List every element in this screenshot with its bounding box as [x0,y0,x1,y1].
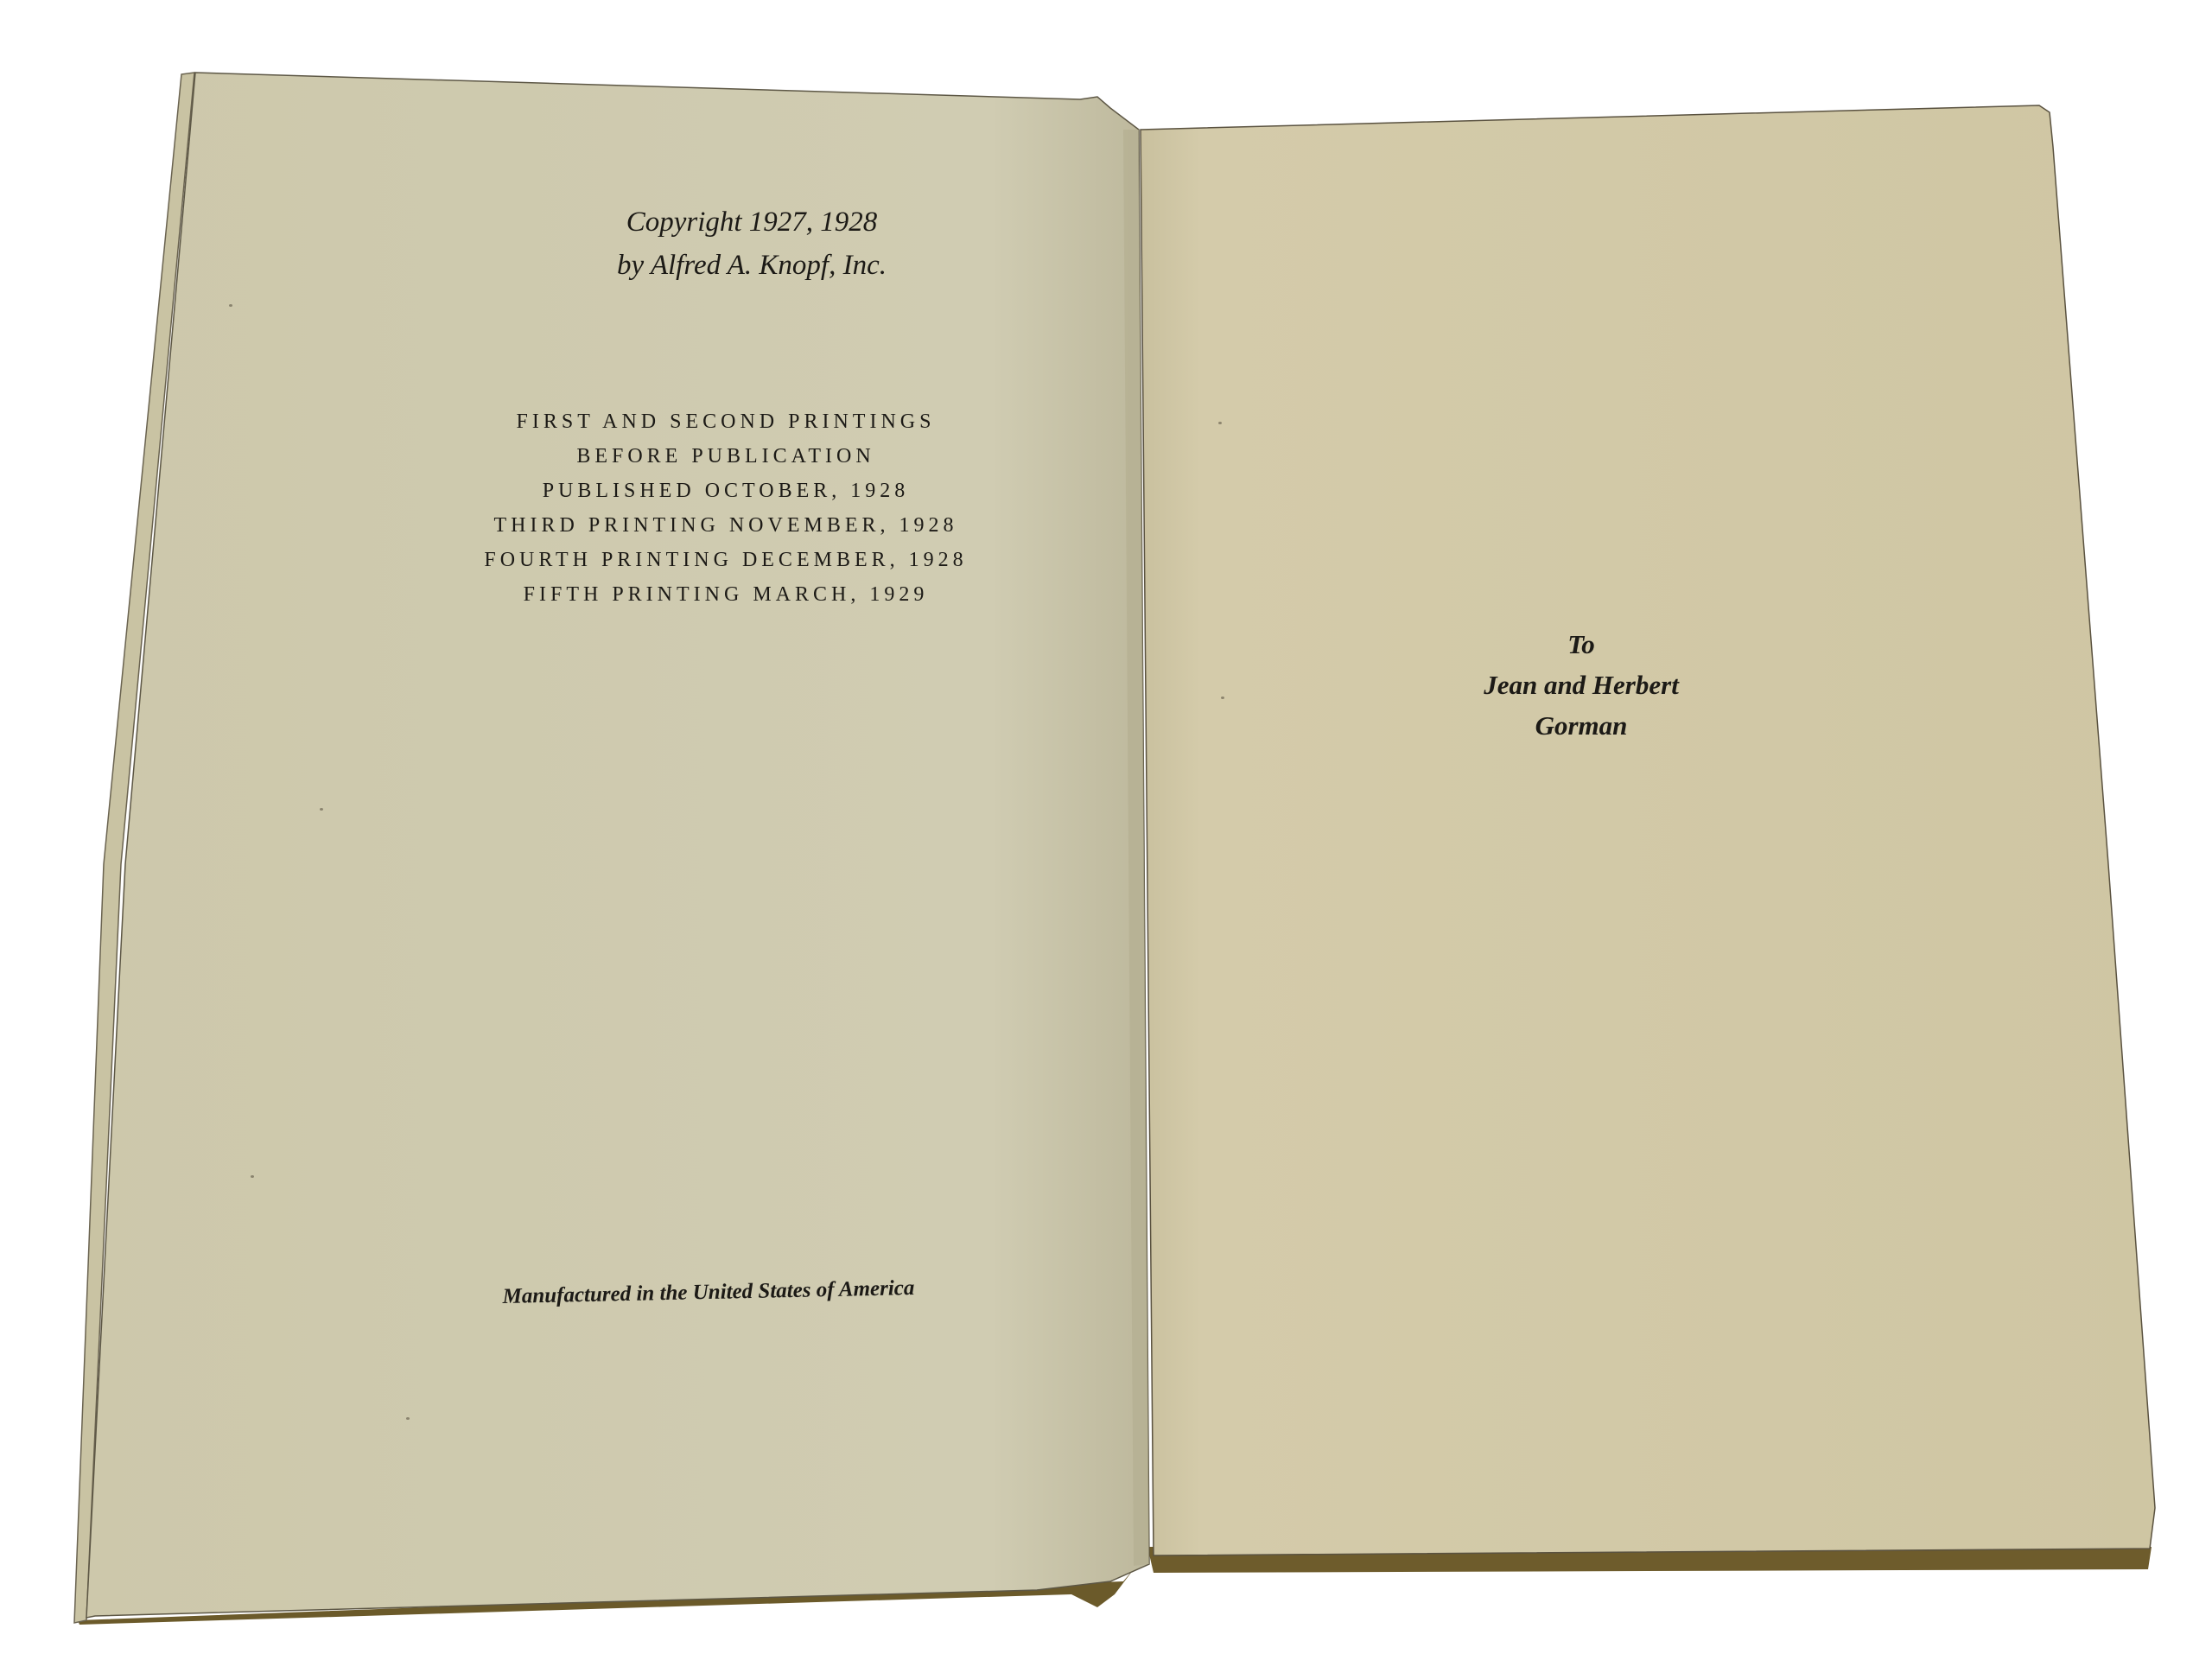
dedication-line: To [1417,624,1745,665]
printing-line: THIRD PRINTING NOVEMBER, 1928 [449,508,1002,543]
copyright-line: by Alfred A. Knopf, Inc. [484,244,1020,287]
printing-line: BEFORE PUBLICATION [449,439,1002,474]
printing-line: PUBLISHED OCTOBER, 1928 [449,474,1002,508]
right-page [1141,105,2155,1555]
dedication-line: Gorman [1417,705,1745,746]
paper-speck [251,1175,254,1178]
copyright-line: Copyright 1927, 1928 [484,200,1020,244]
paper-speck [1218,422,1222,424]
printing-line: FIFTH PRINTING MARCH, 1929 [449,577,1002,612]
left-page [86,73,1149,1618]
paper-speck [406,1417,410,1420]
printing-line: FIRST AND SECOND PRINTINGS [449,404,1002,439]
dedication-line: Jean and Herbert [1417,665,1745,705]
printing-line: FOURTH PRINTING DECEMBER, 1928 [449,543,1002,577]
paper-speck [1221,697,1224,699]
dedication: To Jean and Herbert Gorman [1417,624,1745,746]
copyright-notice: Copyright 1927, 1928 by Alfred A. Knopf,… [484,200,1020,287]
open-book-photo: Copyright 1927, 1928 by Alfred A. Knopf,… [0,0,2212,1673]
printing-history: FIRST AND SECOND PRINTINGS BEFORE PUBLIC… [449,404,1002,612]
book-illustration [0,0,2212,1673]
paper-speck [320,808,323,811]
paper-speck [229,304,232,307]
